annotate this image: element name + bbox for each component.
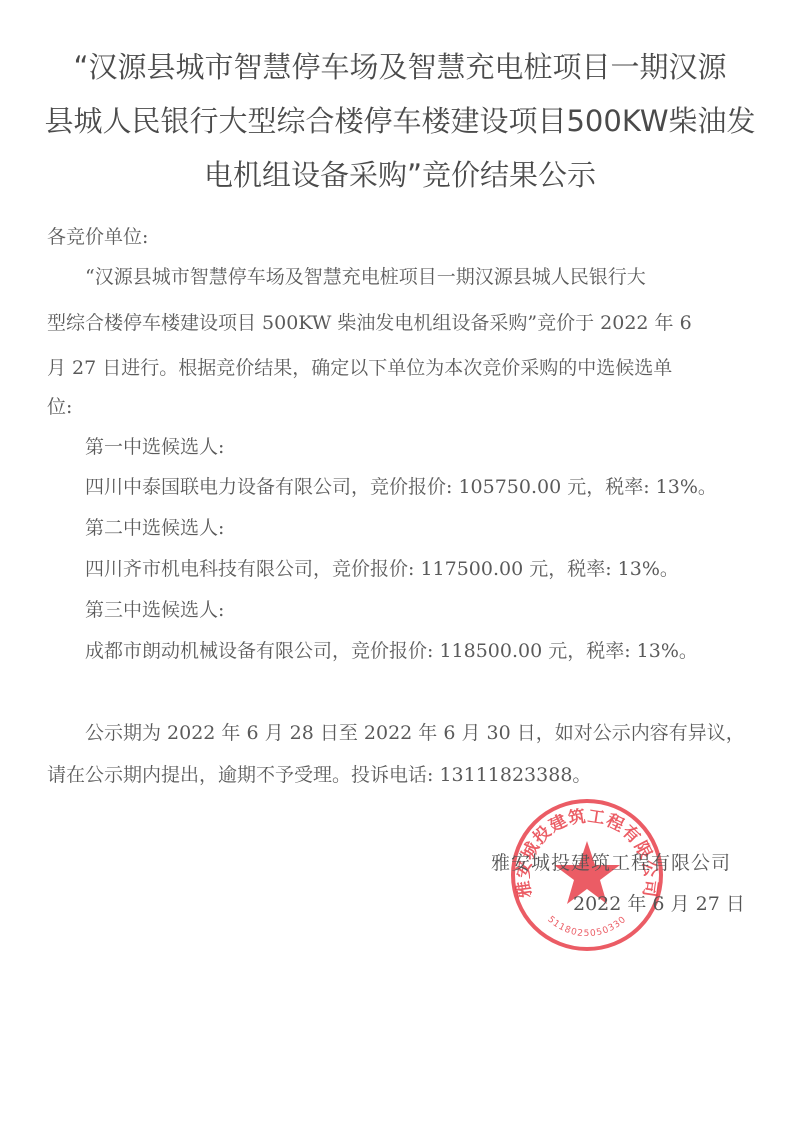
- candidate-2-detail: 四川齐市机电科技有限公司，竞价报价: 117500.00 元，税率: 13%。: [85, 554, 679, 581]
- intro-line-4: 位:: [47, 392, 72, 419]
- candidate-3-label: 第三中选候选人:: [85, 595, 224, 622]
- candidate-3-detail: 成都市朗动机械设备有限公司，竞价报价: 118500.00 元，税率: 13%。: [85, 636, 698, 663]
- candidate-1-detail: 四川中泰国联电力设备有限公司，竞价报价: 105750.00 元，税率: 13%…: [85, 472, 717, 499]
- title-line-3: 电机组设备采购”竞价结果公示: [0, 148, 800, 202]
- intro-line-3: 月 27 日进行。根据竞价结果，确定以下单位为本次竞价采购的中选候选单: [47, 353, 672, 380]
- intro-line-2: 型综合楼停车楼建设项目 500KW 柴油发电机组设备采购”竞价于 2022 年 …: [47, 308, 692, 335]
- intro-line-1: “汉源县城市智慧停车场及智慧充电桩项目一期汉源县城人民银行大: [85, 262, 646, 289]
- candidate-1-label: 第一中选候选人:: [85, 432, 224, 459]
- candidate-2-label: 第二中选候选人:: [85, 513, 224, 540]
- svg-text:5118025050330: 5118025050330: [545, 915, 628, 940]
- title-line-1: “汉源县城市智慧停车场及智慧充电桩项目一期汉源: [0, 40, 800, 94]
- signature-date: 2022 年 6 月 27 日: [573, 889, 745, 916]
- notice-line-2: 请在公示期内提出，逾期不予受理。投诉电话: 13111823388。: [47, 760, 591, 787]
- signature-company: 雅安城投建筑工程有限公司: [491, 848, 731, 875]
- notice-line-1: 公示期为 2022 年 6 月 28 日至 2022 年 6 月 30 日，如对…: [85, 718, 745, 745]
- title-line-2: 县城人民银行大型综合楼停车楼建设项目500KW柴油发: [0, 94, 800, 148]
- company-seal-stamp: 雅安城投建筑工程有限公司 5118025050330: [509, 797, 665, 953]
- document-title: “汉源县城市智慧停车场及智慧充电桩项目一期汉源 县城人民银行大型综合楼停车楼建设…: [0, 40, 800, 202]
- salutation: 各竞价单位:: [47, 222, 148, 249]
